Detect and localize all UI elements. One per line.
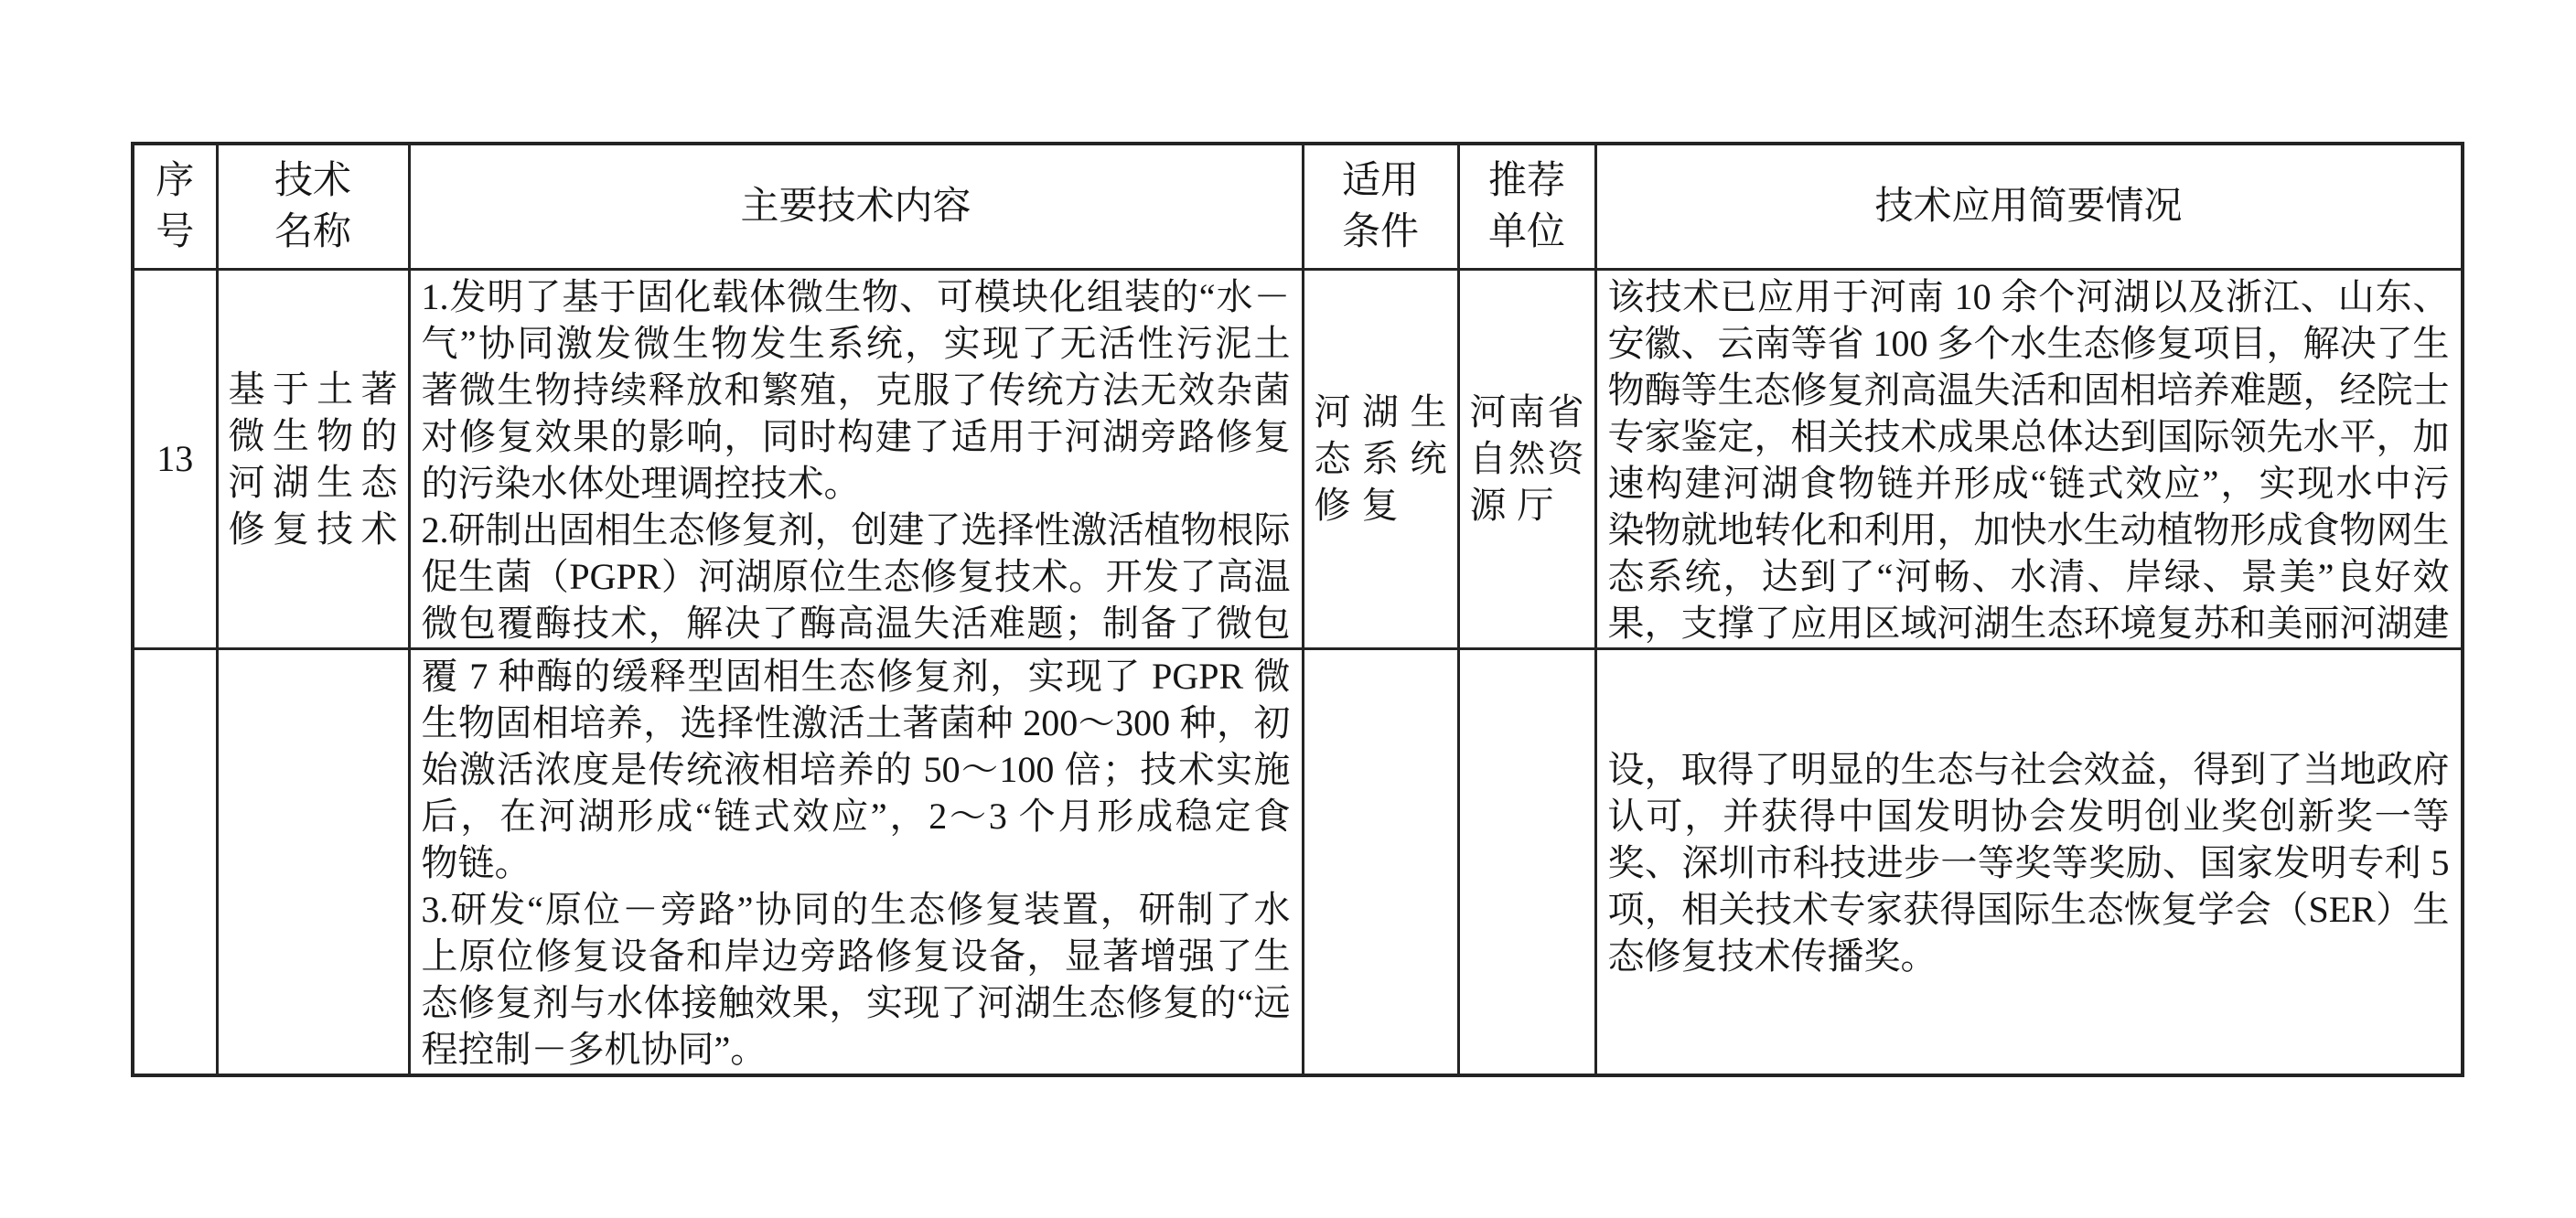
text-line: 该技术已应用于河南 10 余个河湖以及浙江、山东、 <box>1608 273 2450 320</box>
table-row-13-continuation: 覆 7 种酶的缓释型固相生态修复剂，实现了 PGPR 微生物固相培养，选择性激活… <box>133 648 2463 1075</box>
text-line: 名称 <box>229 207 398 258</box>
serial-cell-cont <box>133 648 217 1075</box>
table-row-13: 13 基于土著微生物的河湖生态修复技术 1.发明了基于固化载体微生物、可模块化组… <box>133 269 2463 648</box>
header-tech-name-label: 技术名称 <box>220 155 407 258</box>
tech-content-cell: 1.发明了基于固化载体微生物、可模块化组装的“水－气”协同激发微生物发生系统，实… <box>409 269 1303 648</box>
unit-text: 河南省自然资源厅 <box>1461 389 1594 529</box>
text-line: 2.研制出固相生态修复剂，创建了选择性激活植物根际 <box>422 507 1291 553</box>
text-line: 促生菌（PGPR）河湖原位生态修复技术。开发了高温 <box>422 553 1291 600</box>
text-line: 对修复效果的影响，同时构建了适用于河湖旁路修复 <box>422 413 1291 460</box>
text-line: 技术 <box>229 155 398 207</box>
text-line: 技术应用简要情况 <box>1607 181 2451 232</box>
header-application-label: 技术应用简要情况 <box>1598 181 2460 232</box>
text-line: 推荐 <box>1470 155 1584 207</box>
header-cell-tech-name: 技术名称 <box>217 144 409 269</box>
technology-table: 序号 技术名称 主要技术内容 适用条件 推荐单位 技术应用简要情况 13 <box>131 142 2464 1077</box>
header-cell-condition: 适用条件 <box>1303 144 1458 269</box>
text-line: 覆 7 种酶的缓释型固相生态修复剂，实现了 PGPR 微 <box>422 653 1291 700</box>
text-line: 物链。 <box>422 839 1291 886</box>
tech-content-text-cont: 覆 7 种酶的缓释型固相生态修复剂，实现了 PGPR 微生物固相培养，选择性激活… <box>412 651 1301 1073</box>
header-cell-application: 技术应用简要情况 <box>1595 144 2463 269</box>
text-line: 物酶等生态修复剂高温失活和固相培养难题，经院士 <box>1608 367 2450 413</box>
text-line: 主要技术内容 <box>421 181 1292 232</box>
text-line: 态修复剂与水体接触效果，实现了河湖生态修复的“远 <box>422 979 1291 1026</box>
unit-cell: 河南省自然资源厅 <box>1458 269 1595 648</box>
text-line: 上原位修复设备和岸边旁路修复设备，显著增强了生 <box>422 933 1291 979</box>
condition-text: 河湖生态系统修复 <box>1305 389 1456 529</box>
text-line: 基于土著 <box>229 366 398 412</box>
header-unit-label: 推荐单位 <box>1461 155 1594 258</box>
text-line: 修复 <box>1315 482 1447 529</box>
text-line: 气”协同激发微生物发生系统，实现了无活性污泥土 <box>422 320 1291 367</box>
text-line: 修复技术 <box>229 506 398 552</box>
text-line: 单位 <box>1470 207 1584 258</box>
text-line: 后，在河湖形成“链式效应”，2～3 个月形成稳定食 <box>422 793 1291 839</box>
application-cell: 该技术已应用于河南 10 余个河湖以及浙江、山东、安徽、云南等省 100 多个水… <box>1595 269 2463 648</box>
text-line: 认可，并获得中国发明协会发明创业奖创新奖一等 <box>1608 793 2450 839</box>
text-line: 著微生物持续释放和繁殖，克服了传统方法无效杂菌 <box>422 367 1291 413</box>
text-line: 源厅 <box>1470 482 1584 529</box>
serial-cell: 13 <box>133 269 217 648</box>
text-line: 项，相关技术专家获得国际生态恢复学会（SER）生 <box>1608 886 2450 933</box>
text-line: 3.研发“原位－旁路”协同的生态修复装置，研制了水 <box>422 886 1291 933</box>
text-line: 态系统 <box>1315 435 1447 482</box>
header-condition-label: 适用条件 <box>1305 155 1456 258</box>
text-line: 适用 <box>1315 155 1447 207</box>
text-line: 河湖生态 <box>229 459 398 506</box>
text-line: 态系统，达到了“河畅、水清、岸绿、景美”良好效 <box>1608 553 2450 600</box>
application-cell-cont: 设，取得了明显的生态与社会效益，得到了当地政府认可，并获得中国发明协会发明创业奖… <box>1595 648 2463 1075</box>
text-line: 速构建河湖食物链并形成“链式效应”，实现水中污 <box>1608 460 2450 507</box>
text-line: 微包覆酶技术，解决了酶高温失活难题；制备了微包 <box>422 600 1291 646</box>
text-line: 态修复技术传播奖。 <box>1608 933 2450 979</box>
tech-content-text: 1.发明了基于固化载体微生物、可模块化组装的“水－气”协同激发微生物发生系统，实… <box>412 272 1301 646</box>
text-line: 的污染水体处理调控技术。 <box>422 460 1291 507</box>
tech-content-cell-cont: 覆 7 种酶的缓释型固相生态修复剂，实现了 PGPR 微生物固相培养，选择性激活… <box>409 648 1303 1075</box>
serial-number: 13 <box>135 437 215 480</box>
text-line: 生物固相培养，选择性激活土著菌种 200～300 种，初 <box>422 700 1291 746</box>
text-line: 果，支撑了应用区域河湖生态环境复苏和美丽河湖建 <box>1608 600 2450 646</box>
text-line: 1.发明了基于固化载体微生物、可模块化组装的“水－ <box>422 273 1291 320</box>
tech-name-cell: 基于土著微生物的河湖生态修复技术 <box>217 269 409 648</box>
text-line: 设，取得了明显的生态与社会效益，得到了当地政府 <box>1608 746 2450 793</box>
tech-name-cell-cont <box>217 648 409 1075</box>
text-line: 专家鉴定，相关技术成果总体达到国际领先水平，加 <box>1608 413 2450 460</box>
text-line: 条件 <box>1315 207 1447 258</box>
text-line: 染物就地转化和利用，加快水生动植物形成食物网生 <box>1608 507 2450 553</box>
text-line: 河南省 <box>1470 389 1584 435</box>
header-cell-unit: 推荐单位 <box>1458 144 1595 269</box>
text-line: 序 <box>145 155 206 207</box>
text-line: 自然资 <box>1470 435 1584 482</box>
unit-cell-cont <box>1458 648 1595 1075</box>
text-line: 微生物的 <box>229 412 398 459</box>
condition-cell: 河湖生态系统修复 <box>1303 269 1458 648</box>
text-line: 奖、深圳市科技进步一等奖等奖励、国家发明专利 5 <box>1608 839 2450 886</box>
header-cell-content: 主要技术内容 <box>409 144 1303 269</box>
application-text: 该技术已应用于河南 10 余个河湖以及浙江、山东、安徽、云南等省 100 多个水… <box>1598 272 2460 646</box>
tech-name-text: 基于土著微生物的河湖生态修复技术 <box>220 366 407 552</box>
header-serial-label: 序号 <box>135 155 215 258</box>
header-content-label: 主要技术内容 <box>412 181 1301 232</box>
condition-cell-cont <box>1303 648 1458 1075</box>
application-text-cont: 设，取得了明显的生态与社会效益，得到了当地政府认可，并获得中国发明协会发明创业奖… <box>1598 744 2460 979</box>
text-line: 安徽、云南等省 100 多个水生态修复项目，解决了生 <box>1608 320 2450 367</box>
text-line: 号 <box>145 207 206 258</box>
text-line: 河湖生 <box>1315 389 1447 435</box>
scanned-document-page: 序号 技术名称 主要技术内容 适用条件 推荐单位 技术应用简要情况 13 <box>0 0 2576 1218</box>
text-line: 程控制－多机协同”。 <box>422 1026 1291 1073</box>
header-row: 序号 技术名称 主要技术内容 适用条件 推荐单位 技术应用简要情况 <box>133 144 2463 269</box>
text-line: 始激活浓度是传统液相培养的 50～100 倍；技术实施 <box>422 746 1291 793</box>
header-cell-serial: 序号 <box>133 144 217 269</box>
